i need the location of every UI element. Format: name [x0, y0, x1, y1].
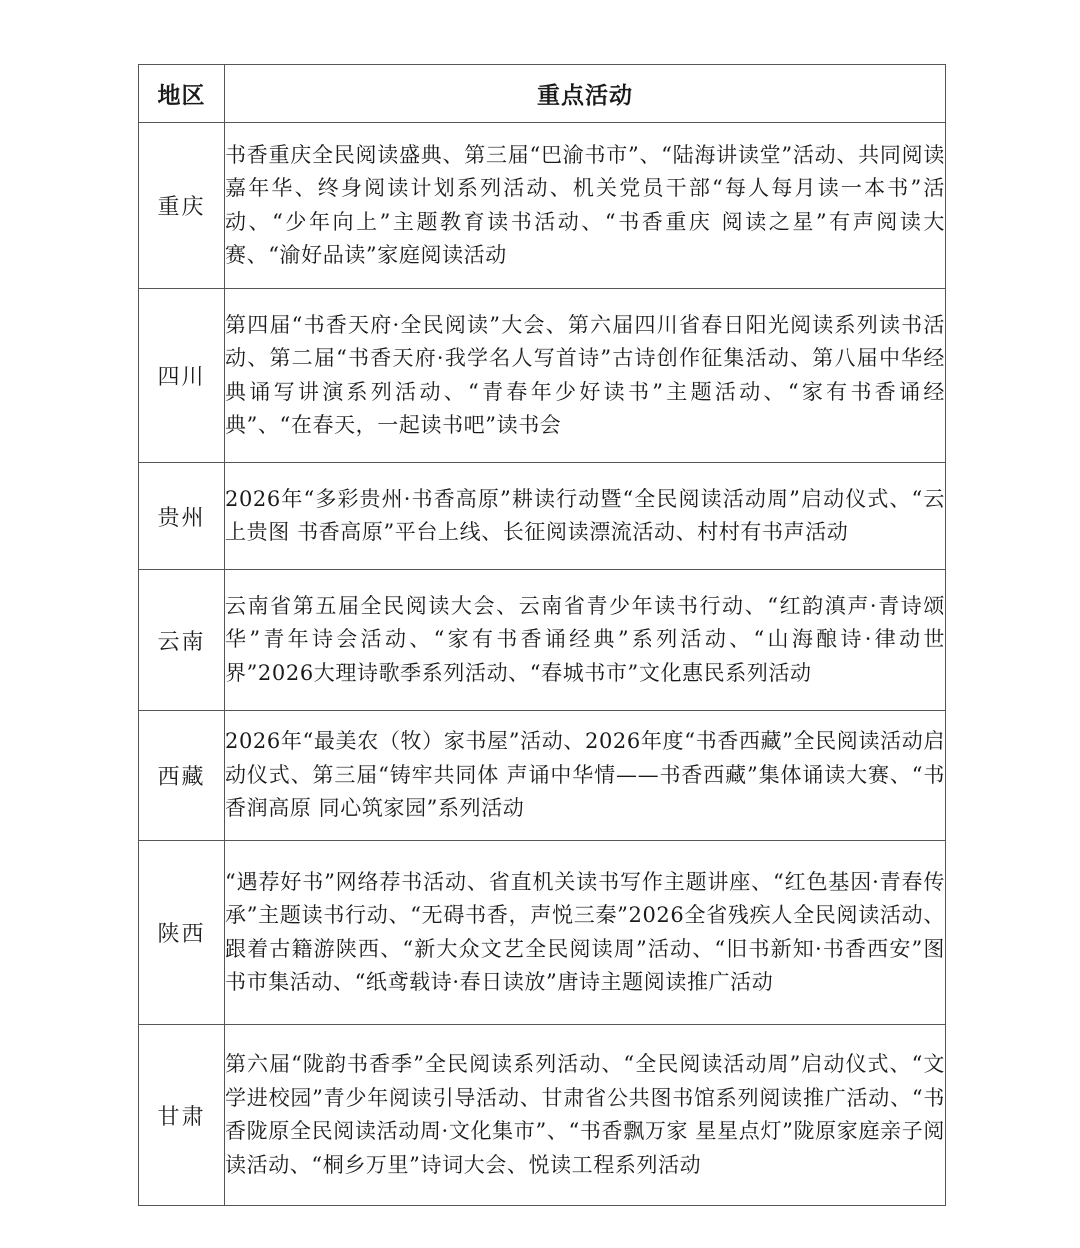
- region-cell: 四川: [139, 289, 225, 463]
- activities-cell: 云南省第五届全民阅读大会、云南省青少年读书行动、“红韵滇声·青诗颂华”青年诗会活…: [225, 570, 946, 711]
- region-cell: 重庆: [139, 123, 225, 289]
- table-row: 重庆 书香重庆全民阅读盛典、第三届“巴渝书市”、“陆海讲读堂”活动、共同阅读嘉年…: [139, 123, 946, 289]
- table-row: 甘肃 第六届“陇韵书香季”全民阅读系列活动、“全民阅读活动周”启动仪式、“文学进…: [139, 1025, 946, 1206]
- region-cell: 云南: [139, 570, 225, 711]
- table-row: 贵州 2026年“多彩贵州·书香高原”耕读行动暨“全民阅读活动周”启动仪式、“云…: [139, 463, 946, 570]
- activities-cell: 2026年“多彩贵州·书香高原”耕读行动暨“全民阅读活动周”启动仪式、“云上贵图…: [225, 463, 946, 570]
- table-row: 四川 第四届“书香天府·全民阅读”大会、第六届四川省春日阳光阅读系列读书活动、第…: [139, 289, 946, 463]
- activities-cell: 第四届“书香天府·全民阅读”大会、第六届四川省春日阳光阅读系列读书活动、第二届“…: [225, 289, 946, 463]
- region-cell: 贵州: [139, 463, 225, 570]
- region-cell: 甘肃: [139, 1025, 225, 1206]
- activities-cell: 第六届“陇韵书香季”全民阅读系列活动、“全民阅读活动周”启动仪式、“文学进校园”…: [225, 1025, 946, 1206]
- activities-cell: 书香重庆全民阅读盛典、第三届“巴渝书市”、“陆海讲读堂”活动、共同阅读嘉年华、终…: [225, 123, 946, 289]
- table-row: 云南 云南省第五届全民阅读大会、云南省青少年读书行动、“红韵滇声·青诗颂华”青年…: [139, 570, 946, 711]
- region-cell: 西藏: [139, 711, 225, 841]
- activities-table: 地区 重点活动 重庆 书香重庆全民阅读盛典、第三届“巴渝书市”、“陆海讲读堂”活…: [138, 64, 946, 1206]
- activities-column-header: 重点活动: [225, 65, 946, 123]
- table-header-row: 地区 重点活动: [139, 65, 946, 123]
- table-row: 西藏 2026年“最美农（牧）家书屋”活动、2026年度“书香西藏”全民阅读活动…: [139, 711, 946, 841]
- region-column-header: 地区: [139, 65, 225, 123]
- activities-cell: 2026年“最美农（牧）家书屋”活动、2026年度“书香西藏”全民阅读活动启动仪…: [225, 711, 946, 841]
- region-cell: 陕西: [139, 841, 225, 1025]
- activities-cell: “遇荐好书”网络荐书活动、省直机关读书写作主题讲座、“红色基因·青春传承”主题读…: [225, 841, 946, 1025]
- table-row: 陕西 “遇荐好书”网络荐书活动、省直机关读书写作主题讲座、“红色基因·青春传承”…: [139, 841, 946, 1025]
